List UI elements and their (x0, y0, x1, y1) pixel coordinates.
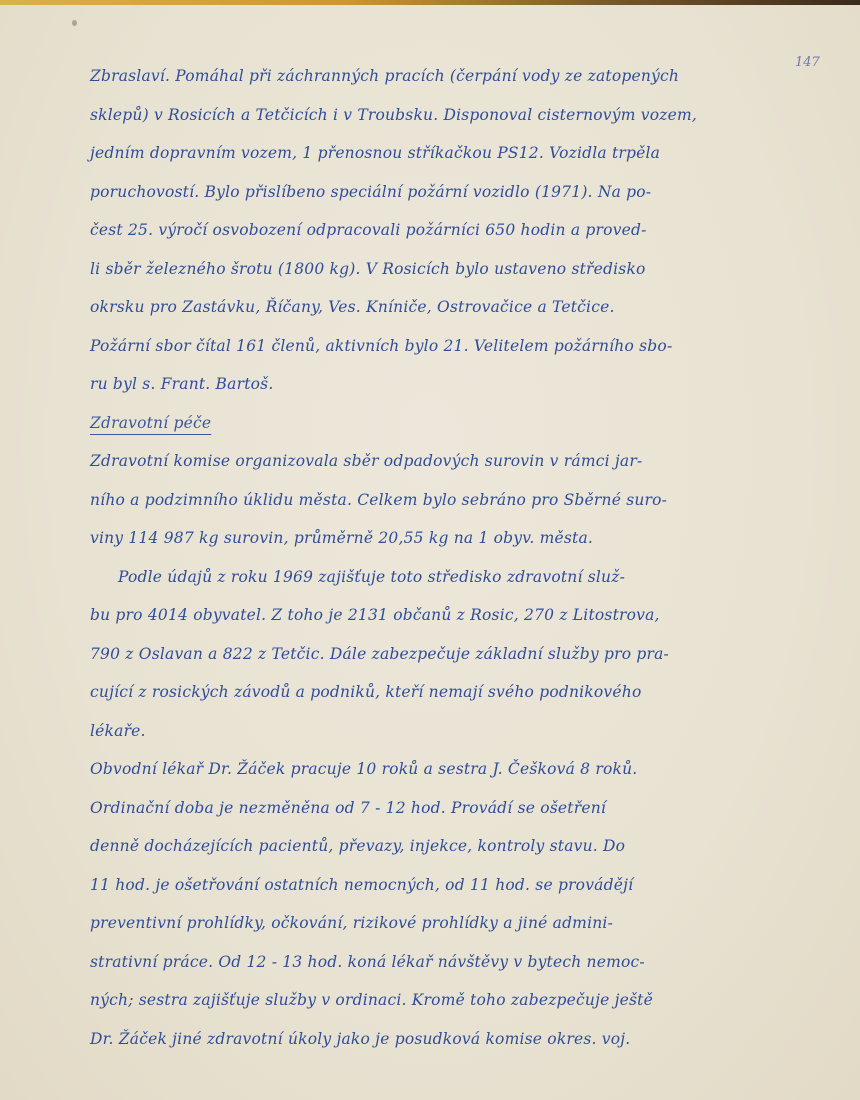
handwritten-text: Zbraslaví. Pomáhal při záchranných prací… (90, 57, 790, 1058)
text-line: Zbraslaví. Pomáhal při záchranných prací… (90, 57, 790, 96)
text-line: li sběr železného šrotu (1800 kg). V Ros… (90, 250, 790, 289)
section-heading-line: Zdravotní péče (90, 404, 790, 443)
text-line: 790 z Oslavan a 822 z Tetčic. Dále zabez… (90, 635, 790, 674)
text-line: lékaře. (90, 712, 790, 751)
text-line: viny 114 987 kg surovin, průměrně 20,55 … (90, 519, 790, 558)
text-line: Obvodní lékař Dr. Žáček pracuje 10 roků … (90, 750, 790, 789)
chronicle-page: 147 Zbraslaví. Pomáhal při záchranných p… (0, 5, 860, 1100)
text-line: 11 hod. je ošetřování ostatních nemocnýc… (90, 866, 790, 905)
text-line: Podle údajů z roku 1969 zajišťuje toto s… (90, 558, 790, 597)
section-heading: Zdravotní péče (90, 404, 211, 443)
text-line: ru byl s. Frant. Bartoš. (90, 365, 790, 404)
text-line: denně docházejících pacientů, převazy, i… (90, 827, 790, 866)
text-line: sklepů) v Rosicích a Tetčicích i v Troub… (90, 96, 790, 135)
text-line: Ordinační doba je nezměněna od 7 - 12 ho… (90, 789, 790, 828)
text-line: Požární sbor čítal 161 členů, aktivních … (90, 327, 790, 366)
text-line: bu pro 4014 obyvatel. Z toho je 2131 obč… (90, 596, 790, 635)
text-line: poruchovostí. Bylo přislíbeno speciální … (90, 173, 790, 212)
paper-spot (72, 20, 77, 26)
text-line: ných; sestra zajišťuje služby v ordinaci… (90, 981, 790, 1020)
page-number: 147 (795, 55, 820, 70)
text-line: okrsku pro Zastávku, Říčany, Ves. Knínič… (90, 288, 790, 327)
text-line: cující z rosických závodů a podniků, kte… (90, 673, 790, 712)
text-line: čest 25. výročí osvobození odpracovali p… (90, 211, 790, 250)
text-line: preventivní prohlídky, očkování, rizikov… (90, 904, 790, 943)
text-line: Zdravotní komise organizovala sběr odpad… (90, 442, 790, 481)
text-line: ního a podzimního úklidu města. Celkem b… (90, 481, 790, 520)
text-line: Dr. Žáček jiné zdravotní úkoly jako je p… (90, 1020, 790, 1059)
text-line: jedním dopravním vozem, 1 přenosnou stří… (90, 134, 790, 173)
text-line: strativní práce. Od 12 - 13 hod. koná lé… (90, 943, 790, 982)
